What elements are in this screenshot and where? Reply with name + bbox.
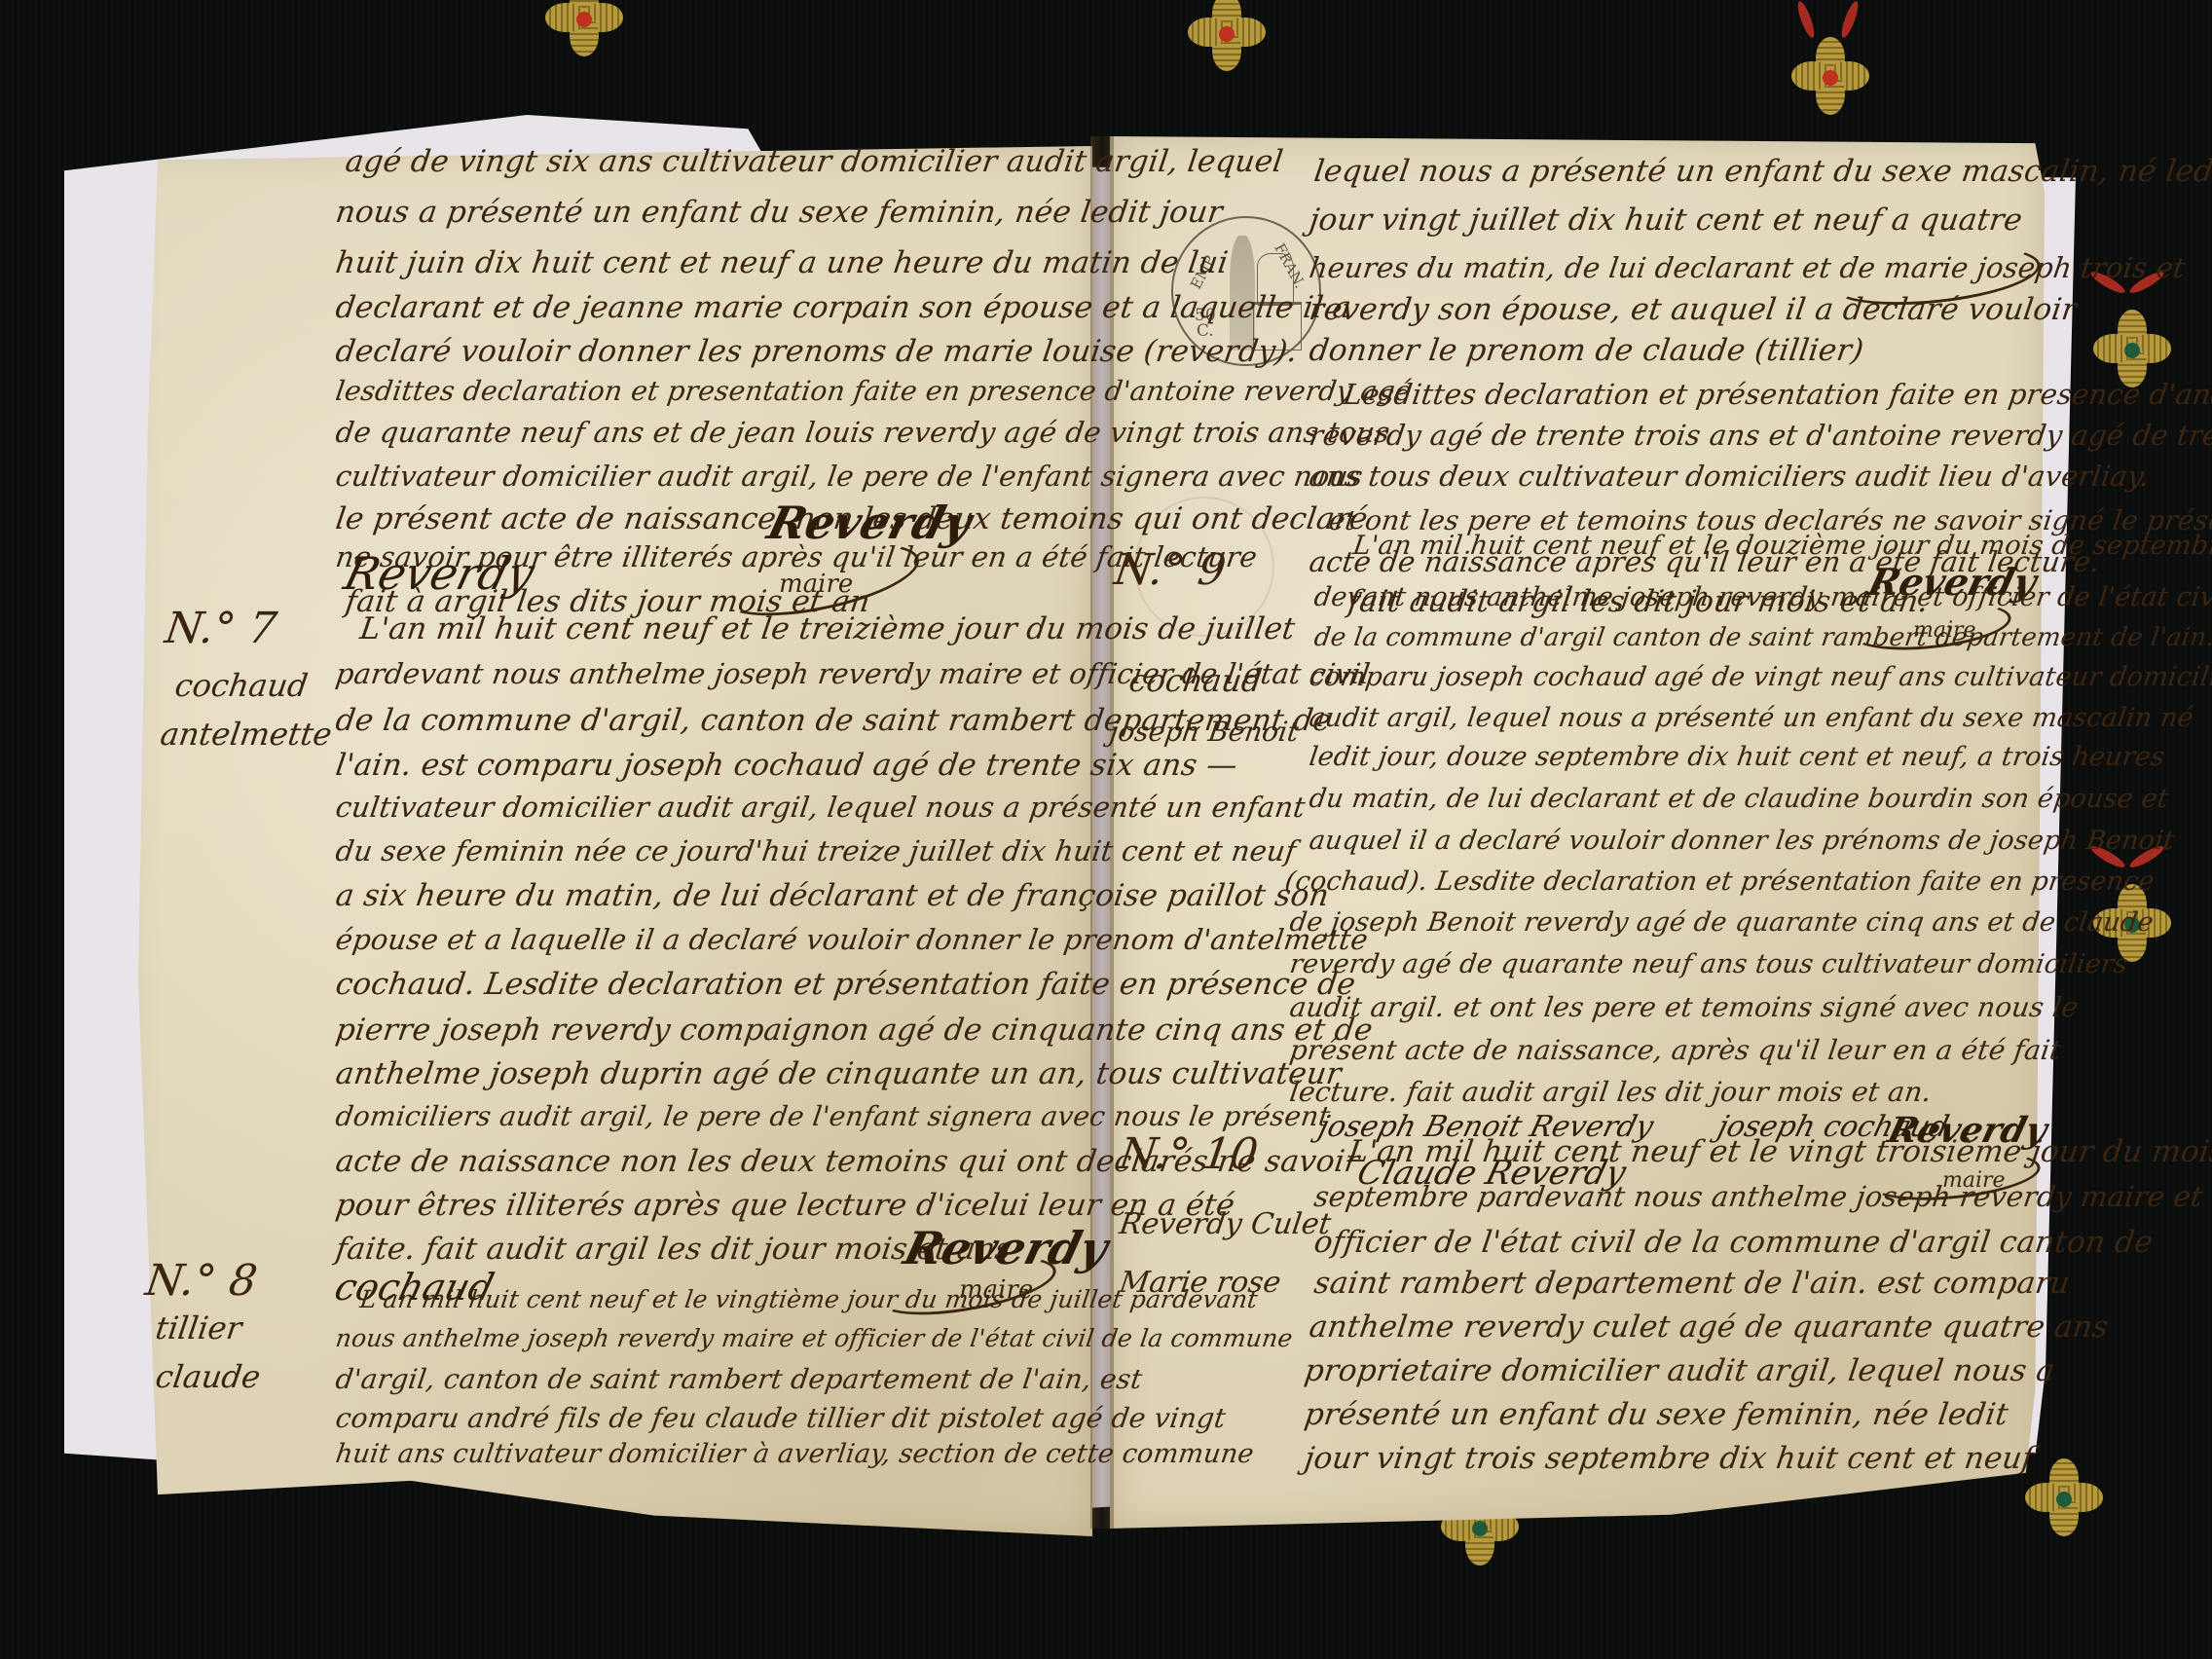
text-line: pierre joseph reverdy compaignon agé de … xyxy=(333,1013,1375,1048)
text-line: officier de l'état civil de la commune d… xyxy=(1311,1225,2155,1260)
entry-number: N.° 9 xyxy=(1111,545,1229,595)
text-line: d'argil, canton de saint rambert departe… xyxy=(334,1363,1145,1395)
text-line: épouse et a laquelle il a declaré vouloi… xyxy=(334,923,1371,956)
text-line: lesdittes declaration et presentation fa… xyxy=(334,375,1414,407)
text-line: huit ans cultivateur domicilier à averli… xyxy=(334,1439,1256,1469)
signature-parent: Reverdy xyxy=(339,547,539,600)
text-line: L'an mil huit cent neuf et le douzième j… xyxy=(1351,531,2212,561)
text-line: anthelme joseph duprin agé de cinquante … xyxy=(333,1056,1343,1091)
text-line: declarant et de jeanne marie corpain son… xyxy=(333,290,1353,325)
text-line: anthelme reverdy culet agé de quarante q… xyxy=(1307,1309,2110,1345)
text-line: de joseph Benoit reverdy agé de quarante… xyxy=(1288,907,2156,938)
text-line: audit argil, lequel nous a présenté un e… xyxy=(1308,703,2195,733)
text-line: cultivateur domicilier audit argil, le p… xyxy=(334,460,1365,493)
fabric-flower-motif xyxy=(545,0,623,58)
margin-surname: tillier xyxy=(153,1309,243,1346)
margin-given-name: Marie rose xyxy=(1118,1266,1283,1300)
text-line: de la commune d'argil canton de saint ra… xyxy=(1312,623,2212,652)
text-line: présent acte de naissance, après qu'il l… xyxy=(1288,1034,2064,1066)
text-line: heures du matin, de lui declarant et de … xyxy=(1308,251,2188,284)
text-line: du matin, de lui declarant et de claudin… xyxy=(1308,784,2170,814)
text-line: Lesdittes declaration et présentation fa… xyxy=(1342,378,2212,411)
text-line: domiciliers audit argil, le pere de l'en… xyxy=(334,1100,1333,1132)
text-line: lequel nous a présenté un enfant du sexe… xyxy=(1311,154,2212,189)
text-line: reverdy agé de trente trois ans et d'ant… xyxy=(1308,419,2212,452)
fabric-leaf-motif xyxy=(1838,0,1861,40)
margin-surname: Reverdy Culet xyxy=(1118,1207,1334,1241)
text-line: huit juin dix huit cent et neuf a une he… xyxy=(333,245,1230,280)
text-line: devant nous anthelme joseph reverdy mair… xyxy=(1312,582,2212,612)
text-line: proprietaire domicilier audit argil, leq… xyxy=(1302,1353,2056,1388)
fabric-flower-motif xyxy=(1188,0,1266,73)
text-line: a six heure du matin, de lui déclarant e… xyxy=(333,878,1331,913)
text-line: comparu andré fils de feu claude tillier… xyxy=(334,1402,1228,1434)
text-line: auquel il a declaré vouloir donner les p… xyxy=(1308,826,2177,856)
text-line: ans tous deux cultivateur domiciliers au… xyxy=(1308,460,2152,493)
entry-number: N.° 7 xyxy=(162,604,279,653)
text-line: reverdy agé de quarante neuf ans tous cu… xyxy=(1288,949,2129,979)
margin-given-name: antelmette xyxy=(158,716,334,753)
margin-given-name: joseph Benoit xyxy=(1108,716,1301,748)
text-line: l'ain. est comparu joseph cochaud agé de… xyxy=(333,748,1239,783)
signature-mayor: Reverdy xyxy=(762,497,977,549)
text-line: audit argil. et ont les pere et temoins … xyxy=(1288,991,2081,1023)
text-line: lecture. fait audit argil les dit jour m… xyxy=(1288,1076,1934,1108)
entry-number: N.° 10 xyxy=(1116,1129,1261,1179)
text-line: nous anthelme joseph reverdy maire et of… xyxy=(334,1324,1295,1352)
fabric-flower-motif xyxy=(1791,39,1869,117)
margin-surname: cochaud xyxy=(172,667,310,704)
text-line: cochaud. Lesdite declaration et présenta… xyxy=(333,967,1357,1002)
entry-number: N.° 8 xyxy=(142,1256,260,1306)
text-line: L'an mil huit cent neuf et le treizième … xyxy=(357,611,1297,646)
text-line: cultivateur domicilier audit argil, lequ… xyxy=(334,791,1308,824)
mayor-title: maire xyxy=(779,570,853,599)
fabric-leaf-motif xyxy=(1794,0,1817,40)
text-line: de quarante neuf ans et de jean louis re… xyxy=(334,416,1392,449)
text-line: jour vingt juillet dix huit cent et neuf… xyxy=(1307,203,2024,238)
margin-given-name: claude xyxy=(153,1358,263,1395)
text-line: septembre pardevant nous anthelme joseph… xyxy=(1312,1180,2205,1213)
text-line: (cochaud). Lesdite declaration et présen… xyxy=(1283,866,2157,897)
text-line: donner le prenom de claude (tillier) xyxy=(1307,333,1865,368)
text-line: saint rambert departement de l'ain. est … xyxy=(1311,1266,2072,1301)
text-line: pour êtres illiterés après que lecture d… xyxy=(333,1188,1236,1223)
text-line: agé de vingt six ans cultivateur domicil… xyxy=(343,144,1285,179)
text-line: du sexe feminin née ce jourd'hui treize … xyxy=(334,834,1299,867)
text-line: ledit jour, douze septembre dix huit cen… xyxy=(1308,742,2167,772)
text-line: declaré vouloir donner les prenoms de ma… xyxy=(333,334,1299,369)
fabric-flower-motif xyxy=(2025,1460,2103,1538)
text-line: présenté un enfant du sexe feminin, née … xyxy=(1302,1397,2010,1432)
text-line: nous a présenté un enfant du sexe femini… xyxy=(333,195,1225,230)
text-line: comparu joseph cochaud agé de vingt neuf… xyxy=(1308,662,2212,692)
text-line: L'an mil huit cent neuf et le vingt troi… xyxy=(1346,1134,2212,1169)
margin-surname: cochaud xyxy=(1126,662,1264,699)
text-line: jour vingt trois septembre dix huit cent… xyxy=(1302,1441,2036,1476)
